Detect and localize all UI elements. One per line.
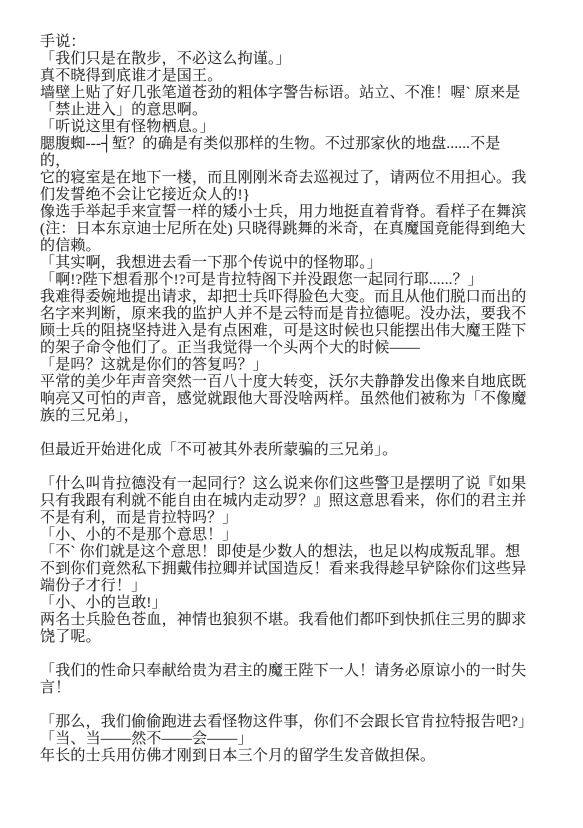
text-line: (注：日本东京迪士尼所在处) 只晓得跳舞的米奇，在真魔国竟能得到绝大: [40, 221, 555, 238]
text-line: 的架子命令他们了。正当我觉得一个头两个大的时候——: [40, 340, 555, 357]
text-line: 墙壁上贴了好几张笔道苍劲的粗体字警告标语。站立、不准！喔ˋ 原来是: [40, 85, 555, 102]
blank-line: [40, 459, 555, 476]
text-line: 但最近开始进化成「不可被其外表所蒙骗的三兄弟」。: [40, 442, 555, 459]
text-line: 真不晓得到底谁才是国王。: [40, 68, 555, 85]
text-line: 「我们的性命只奉献给贵为君主的魔王陛下一人！请务必原谅小的一时失: [40, 663, 555, 680]
text-line: 「小、小的不是那个意思！」: [40, 527, 555, 544]
text-line: 平常的美少年声音突然一百八十度大转变，沃尔夫静静发出像来自地底既: [40, 374, 555, 391]
text-line: 我难得委婉地提出请求，却把士兵吓得脸色大变。而且从他们脱口而出的: [40, 289, 555, 306]
text-line: 「小、小的岂敢!」: [40, 595, 555, 612]
text-line: 腮腹蜘---┤堑？的确是有类似那样的生物。不过那家伙的地盘......不是: [40, 136, 555, 153]
text-line: 两名士兵脸色苍血，神情也狼狈不堪。我看他们都吓到快抓住三男的脚求: [40, 612, 555, 629]
blank-line: [40, 697, 555, 714]
text-line: 像选手举起手来宣誓一样的矮小士兵，用力地挺直着背脊。看样子在舞滨: [40, 204, 555, 221]
text-line: 「那么，我们偷偷跑进去看怪物这件事，你们不会跟长官肯拉特报告吧?」: [40, 714, 555, 731]
text-line: 端份子才行！」: [40, 578, 555, 595]
text-line: 名字来判断，原来我的监护人并不是云特而是肯拉德呢。没办法，要我不: [40, 306, 555, 323]
text-line: 「听说这里有怪物栖息。」: [40, 119, 555, 136]
text-line: 「不ˋ 你们就是这个意思！即使是少数人的想法，也足以构成叛乱罪。想: [40, 544, 555, 561]
blank-line: [40, 425, 555, 442]
text-line: 年长的士兵用仿佛才刚到日本三个月的留学生发音做担保。: [40, 748, 555, 765]
text-line: 言！: [40, 680, 555, 697]
blank-line: [40, 646, 555, 663]
text-line: 只有我跟有利就不能自由在城内走动罗？』照这意思看来，你们的君主并: [40, 493, 555, 510]
scanned-book-page: 手说： 「我们只是在散步，不必这么拘谨。」 真不晓得到底谁才是国王。 墙壁上贴了…: [0, 0, 583, 828]
text-line: 响亮又可怕的声音，感觉就跟他大哥没啥两样。虽然他们被称为「不像魔: [40, 391, 555, 408]
text-line: 顾士兵的阻挠坚持进入是有点困难，可是这时候也只能摆出伟大魔王陛下: [40, 323, 555, 340]
text-line: 的信赖。: [40, 238, 555, 255]
text-line: 饶了呢。: [40, 629, 555, 646]
text-line: 「其实啊，我想进去看一下那个传说中的怪物耶。」: [40, 255, 555, 272]
text-line: 不是有利，而是肯拉特吗？」: [40, 510, 555, 527]
text-line: 族的三兄弟」，: [40, 408, 555, 425]
text-line: 「是吗？这就是你们的答复吗？」: [40, 357, 555, 374]
text-line: 「什么叫肯拉德没有一起同行？这么说来你们这些警卫是摆明了说『如果: [40, 476, 555, 493]
text-line: 手说：: [40, 34, 555, 51]
text-line: 的，: [40, 153, 555, 170]
text-line: 「禁止进入」的意思啊。: [40, 102, 555, 119]
text-line: 它的寝室是在地下一楼，而且刚刚米奇去巡视过了，请两位不用担心。我: [40, 170, 555, 187]
text-line: 「我们只是在散步，不必这么拘谨。」: [40, 51, 555, 68]
text-line: 不到你们竟然私下拥戴伟拉卿并试国造反！看来我得趁早铲除你们这些异: [40, 561, 555, 578]
text-line: 「啊!?陛下想看那个!?可是肯拉特阁下并没跟您一起同行耶......？」: [40, 272, 555, 289]
text-line: 「当、当——然不——会——」: [40, 731, 555, 748]
text-line: 们发誓绝不会让它接近众人的!}: [40, 187, 555, 204]
